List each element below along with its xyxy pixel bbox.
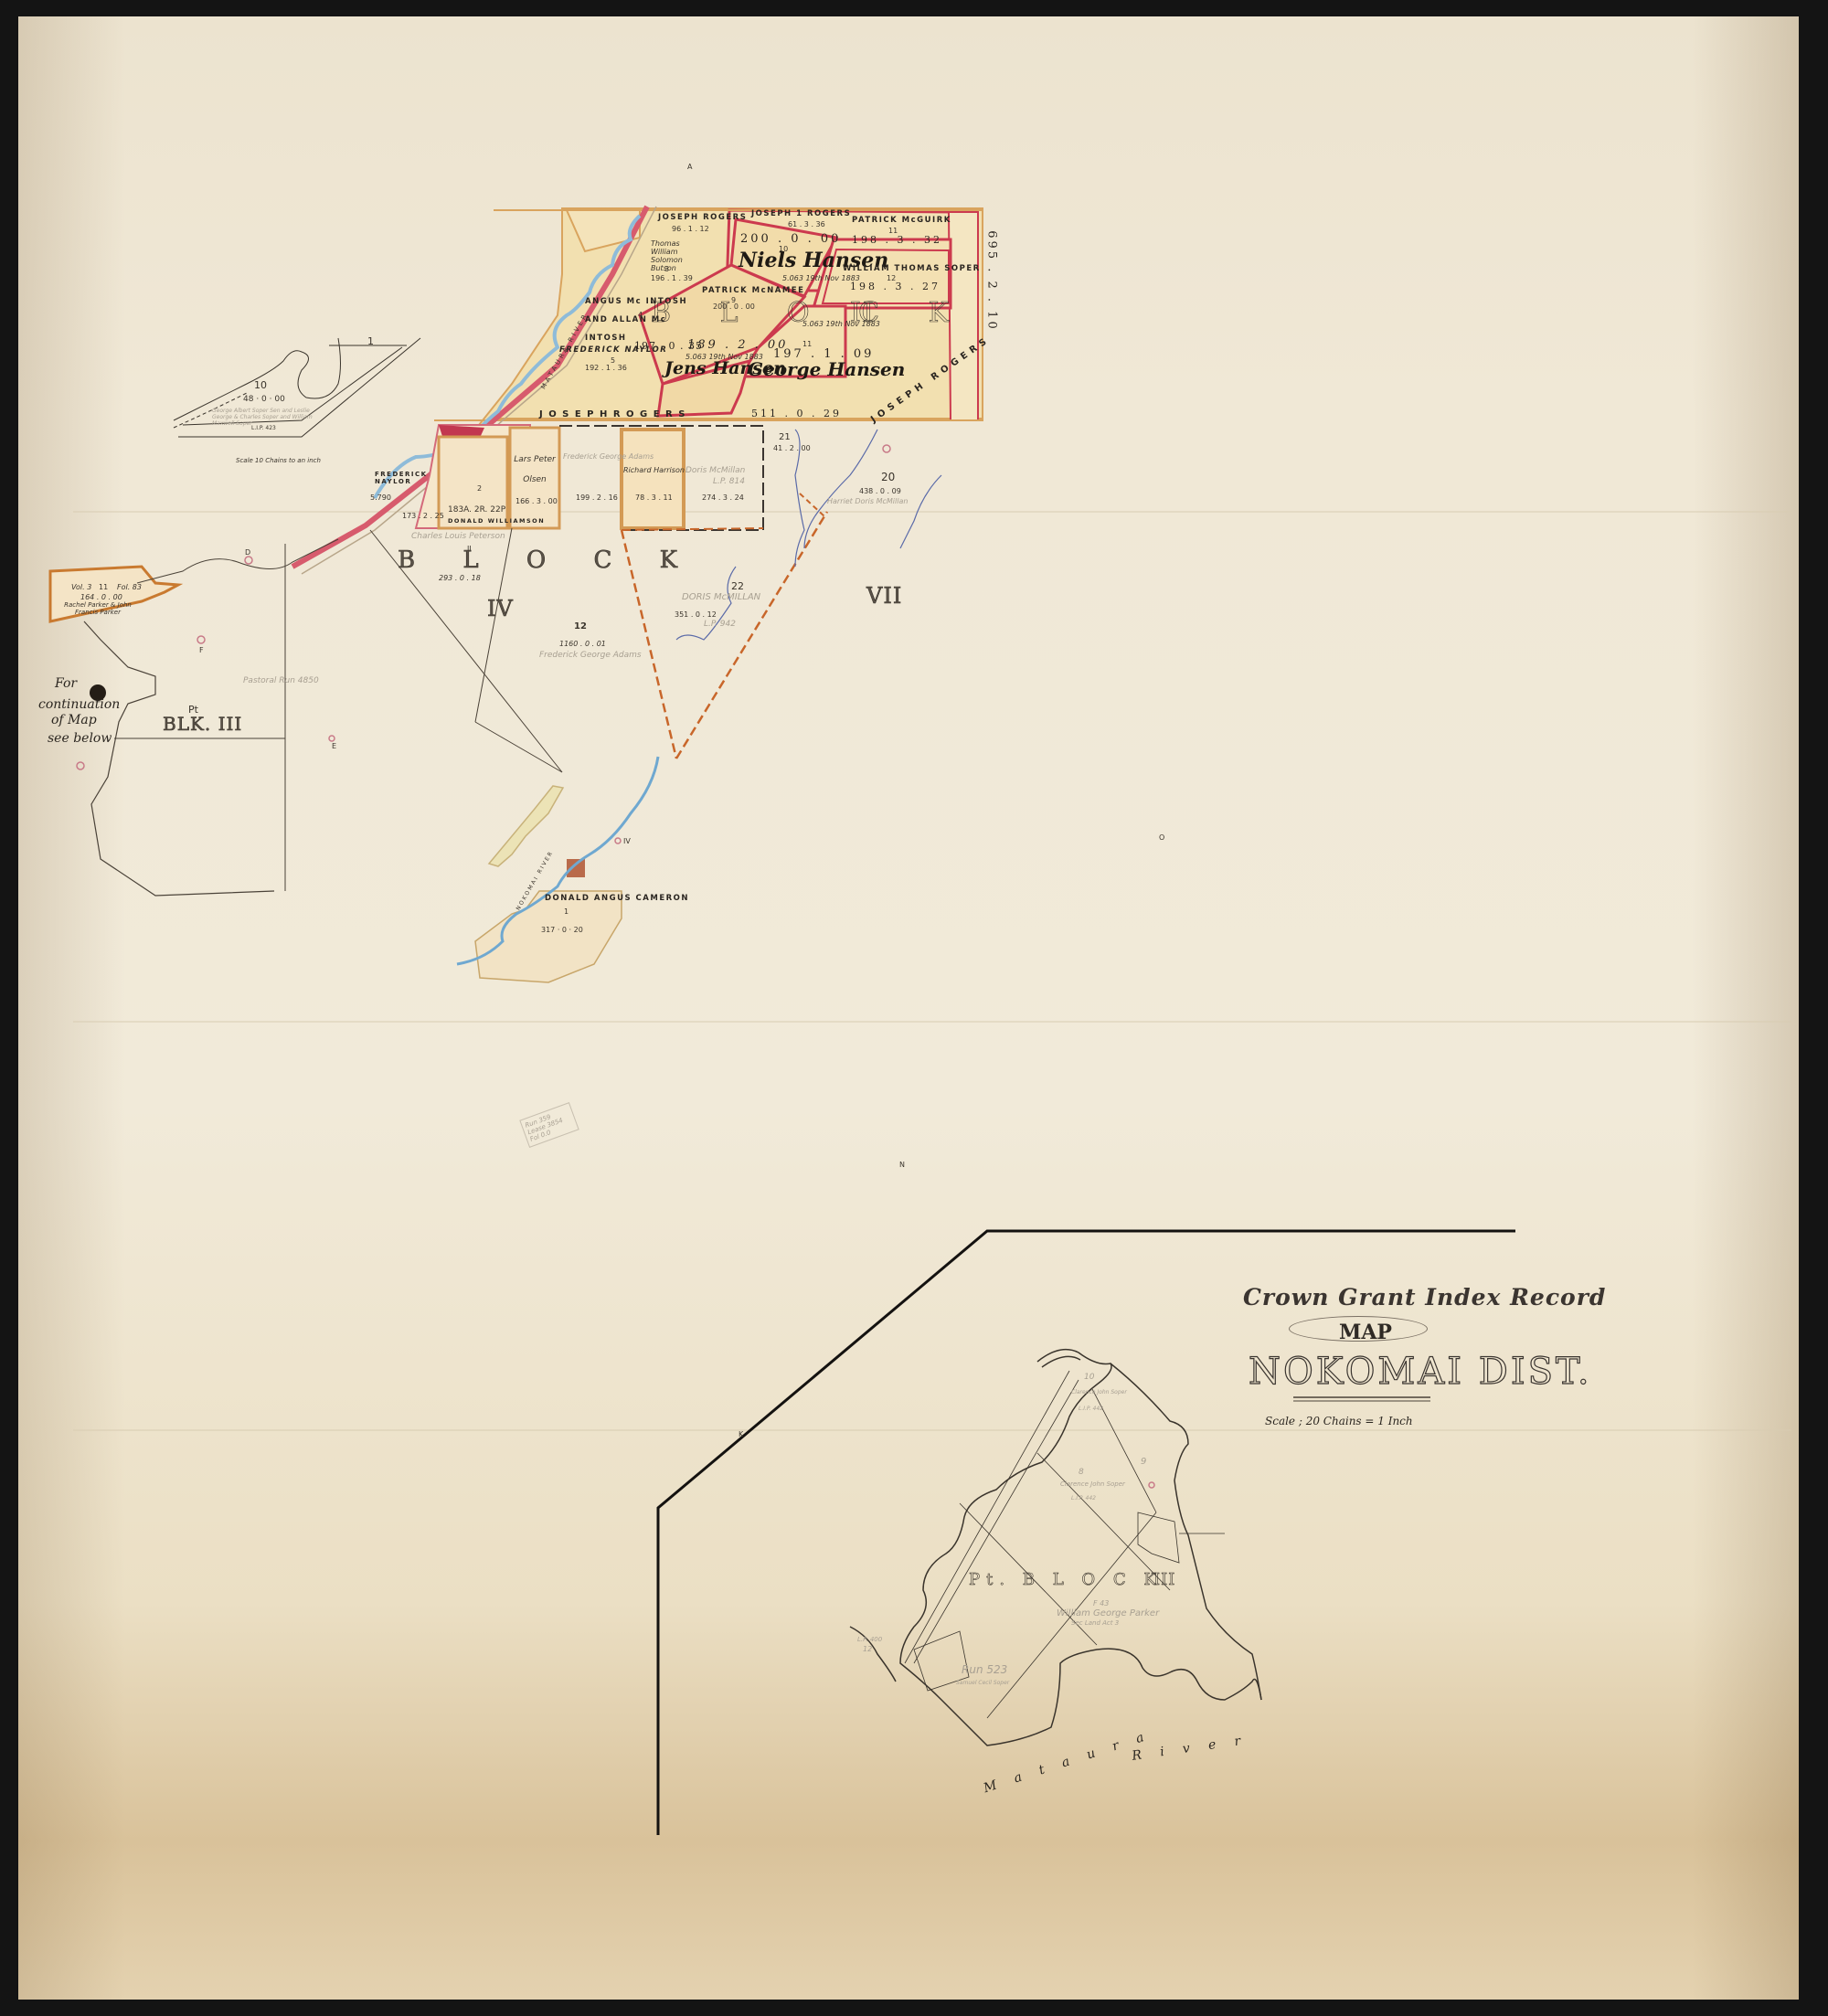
area-joseph-rogers: 96 . 1 . 12 [672, 225, 709, 233]
owner-12: Frederick George Adams [539, 651, 642, 660]
owner-butson: Thomas William Solomon Butson [651, 239, 706, 272]
trig-a: A [687, 163, 692, 171]
title-flourish [1289, 1316, 1428, 1342]
block-iv-area: 293 . 0 . 18 [439, 574, 481, 582]
pt-block-iii-lower-numeral: III [1153, 1570, 1175, 1589]
number-clarence-10: 10 [1084, 1373, 1094, 1382]
owner-joseph-rogers: JOSEPH ROGERS [658, 213, 747, 222]
ref-parker-f43: F 43 [1093, 1599, 1109, 1607]
inset-section-1: 1 [367, 335, 374, 347]
owner-mcmillan-6: Doris McMillan [685, 466, 745, 475]
area-20: 438 . 0 . 09 [859, 487, 901, 495]
number-cameron: 1 [564, 907, 569, 916]
owner-joseph-rogers-bottom: J O S E P H R O G E R S [539, 409, 686, 419]
block-iv-numeral: IV [487, 596, 514, 621]
owner-naylor-lower: FREDERICK NAYLOR [375, 471, 430, 485]
inset-scale-note: Scale 10 Chains to an inch [236, 457, 321, 464]
vol-parker: Vol. 3 [71, 583, 91, 591]
trig-iv: IV [623, 837, 631, 845]
owner-harrison: Richard Harrison [623, 466, 685, 474]
area-cameron: 317 · 0 · 20 [541, 926, 583, 934]
note-parker-f43: Sec Land Act 3 [1071, 1619, 1119, 1627]
number-sec-12-lower: 12 [863, 1645, 872, 1653]
note-naylor-lower: 5.790 [370, 493, 391, 502]
ref-sec-12-lower: L.P. 400 [857, 1636, 882, 1643]
continuation-note-3: of Map [51, 713, 97, 727]
number-12: 12 [574, 621, 587, 631]
number-parker: 11 [99, 583, 108, 591]
owner-clarence-8: Clarence John Soper [1060, 1480, 1125, 1488]
block-vii-numeral: VII [866, 583, 902, 609]
area-soper: 198 . 3 . 27 [850, 281, 941, 292]
inset-owners-10: George Albert Soper Sen and Leslie Georg… [212, 408, 331, 427]
inset-ref-10: L.I.P. 423 [251, 425, 276, 431]
owner-20: Harriet Doris McMillan [827, 497, 908, 505]
area-olsen: 166 . 3 . 00 [515, 497, 558, 505]
area-mcmillan-6: 274 . 3 . 24 [702, 493, 744, 502]
block-iv-label: B L O C K [398, 546, 697, 574]
pencil-pastoral: Pastoral Run 4850 [243, 676, 319, 685]
number-22: 22 [731, 580, 744, 592]
owner-cameron-first: DONALD ANGUS CAMERON [545, 894, 689, 903]
owner-mcintosh: ANGUS Mc INTOSH AND ALLAN Mc INTOSH [585, 292, 704, 347]
area-joseph-rogers-bottom: 511 . 0 . 29 [751, 408, 842, 419]
ref-mcmillan-6: L.P. 814 [713, 477, 745, 486]
pencil-peterson: Charles Louis Peterson [411, 532, 505, 541]
run-523: Run 523 [962, 1663, 1007, 1676]
note-george: 5.063 19th Nov 1883 [802, 320, 880, 328]
owner-run-523: Samuel Cecil Soper [956, 1680, 1009, 1686]
number-9: 9 [1141, 1457, 1146, 1467]
number-21: 21 [779, 432, 791, 442]
owner-adams-4: Frederick George Adams [563, 452, 654, 461]
trig-n: N [899, 1161, 905, 1169]
trig-o: O [1159, 833, 1164, 842]
number-mcintosh: 4 [638, 311, 643, 319]
area-mcguirk: 198 . 3 . 32 [852, 234, 942, 246]
number-20: 20 [881, 471, 895, 483]
area-joseph-rogers-2: 61 . 3 . 36 [788, 220, 825, 228]
owner-olsen: Lars Peter Olsen [512, 450, 558, 490]
area-butson: 196 . 1 . 39 [651, 274, 693, 282]
owner-mcnamee: PATRICK McNAMEE [702, 286, 804, 295]
owner-mcguirk: PATRICK McGUIRK [852, 216, 951, 225]
owner-parker: Rachel Parker & John Francis Parker [57, 601, 139, 616]
area-joseph-rogers-right: 695 . 2 . 10 [985, 230, 999, 331]
continuation-note-4: see below [48, 731, 112, 746]
owner-joseph-rogers-2: JOSEPH 1 ROGERS [751, 209, 851, 218]
owner-williamson: DONALD WILLIAMSON [448, 517, 545, 525]
continuation-note-1: For [55, 676, 77, 691]
owner-soper: WILLIAM THOMAS SOPER [843, 264, 981, 273]
trig-d: D [245, 548, 250, 557]
fol-parker: Fol. 83 [117, 583, 142, 591]
block-iv-superscript: II [467, 545, 472, 553]
pt-blk-iii-label: BLK. III [163, 713, 242, 735]
area-harrison: 78 . 3 . 11 [635, 493, 673, 502]
continuation-note-2: continuation [38, 697, 120, 712]
scale-note: Scale ; 20 Chains = 1 Inch [1265, 1415, 1413, 1427]
area-12: 1160 . 0 . 01 [559, 640, 606, 648]
trig-f: F [199, 646, 204, 654]
number-williamson: 2 [477, 484, 482, 493]
area-21: 41 . 2 . 00 [773, 444, 811, 452]
owner-parker-f43: William George Parker [1057, 1608, 1159, 1618]
ref-clarence-10: L.I.P. 442 [1079, 1406, 1103, 1412]
district-name: NOKOMAI DIST. [1249, 1351, 1592, 1393]
inset-section-10: 10 [254, 379, 267, 391]
ref-22: L.P. 942 [704, 620, 736, 629]
owner-george-hansen: George Hansen [748, 358, 905, 380]
note-niels: 5.063 19th Nov 1883 [782, 274, 860, 282]
owner-22: DORIS McMILLAN [682, 592, 760, 602]
trig-e: E [332, 742, 336, 750]
area-williamson: 183A. 2R. 22P [448, 505, 505, 515]
pt-block-iii-lower-label: Pt. B L O C K [969, 1570, 1163, 1589]
area-parker: 164 . 0 . 00 [80, 593, 122, 601]
area-22: 351 . 0 . 12 [675, 610, 717, 619]
inset-area-10: 48 · 0 · 00 [243, 395, 285, 404]
trig-k: K [739, 1430, 743, 1438]
number-butson: 3 [664, 265, 669, 273]
ref-clarence-8: L.I.P. 442 [1071, 1495, 1096, 1501]
map-title: Crown Grant Index Record [1243, 1284, 1606, 1310]
owner-naylor: FREDERICK NAYLOR [559, 345, 667, 355]
area-naylor-lower: 173 . 2 . 25 [402, 512, 444, 520]
area-mcnamee: 200 . 0 . 00 [713, 302, 755, 311]
area-niels: 200 . 0 . 00 [740, 232, 841, 246]
owner-clarence-10: Clarence John Soper [1071, 1389, 1127, 1395]
area-naylor: 192 . 1 . 36 [585, 364, 627, 372]
area-adams-4: 199 . 2 . 16 [576, 493, 618, 502]
number-clarence-8: 8 [1079, 1468, 1084, 1477]
